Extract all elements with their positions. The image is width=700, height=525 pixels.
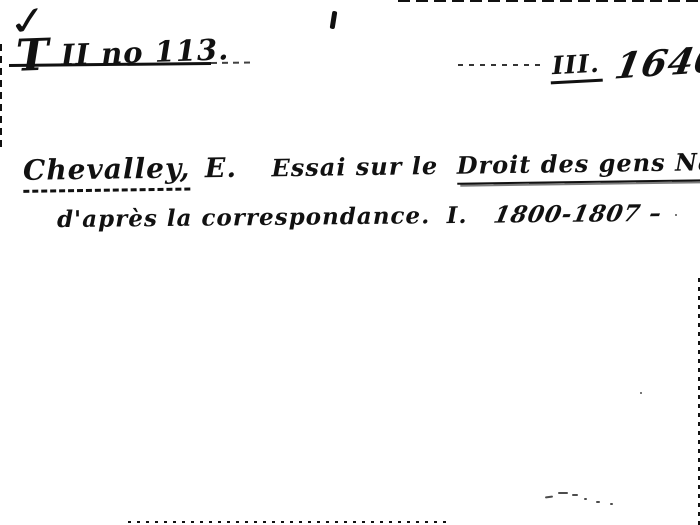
- scan-edge-top: [398, 0, 700, 2]
- title-lead: Essai sur le: [271, 151, 438, 182]
- cancelled-shelfmark: T II no 113.: [15, 32, 229, 73]
- author-initial: E.: [205, 153, 237, 184]
- catalog-card: ✓ T II no 113. III. 1640 b. ··· Chevalle…: [0, 0, 700, 525]
- entry-line-1: Chevalley, E. Essai sur le Droit des gen…: [23, 142, 700, 187]
- lead-dashes: [458, 64, 544, 66]
- entry-line-2: d'après la correspondance. I. 1800-1807 …: [57, 200, 662, 233]
- shelfmark: III. 1640 b. ···: [458, 42, 700, 104]
- date-range: 1800-1807 –: [491, 200, 665, 229]
- scan-speckle: [675, 214, 677, 216]
- shelfmark-number: 1640: [611, 38, 700, 87]
- title-underlined: Droit des gens Napoléonien: [457, 145, 700, 185]
- ink-tick-mark: [330, 11, 338, 30]
- scan-speckle: [596, 501, 600, 503]
- scan-speckle: [610, 503, 613, 505]
- shelfmark-roman: III.: [549, 49, 602, 85]
- scan-speckle: [558, 492, 568, 494]
- author-surname: Chevalley,: [23, 151, 191, 192]
- subtitle: d'après la correspondance.: [57, 202, 430, 233]
- scan-speckle: [545, 495, 553, 498]
- scan-speckle: [572, 494, 578, 496]
- scan-speckle: [640, 392, 642, 394]
- scan-edge-bottom: [128, 521, 446, 523]
- volume-numeral: I.: [447, 202, 468, 229]
- scan-edge-left: [0, 44, 2, 150]
- cancelled-shelfmark-initial: T: [15, 30, 51, 82]
- scan-speckle: [584, 498, 587, 500]
